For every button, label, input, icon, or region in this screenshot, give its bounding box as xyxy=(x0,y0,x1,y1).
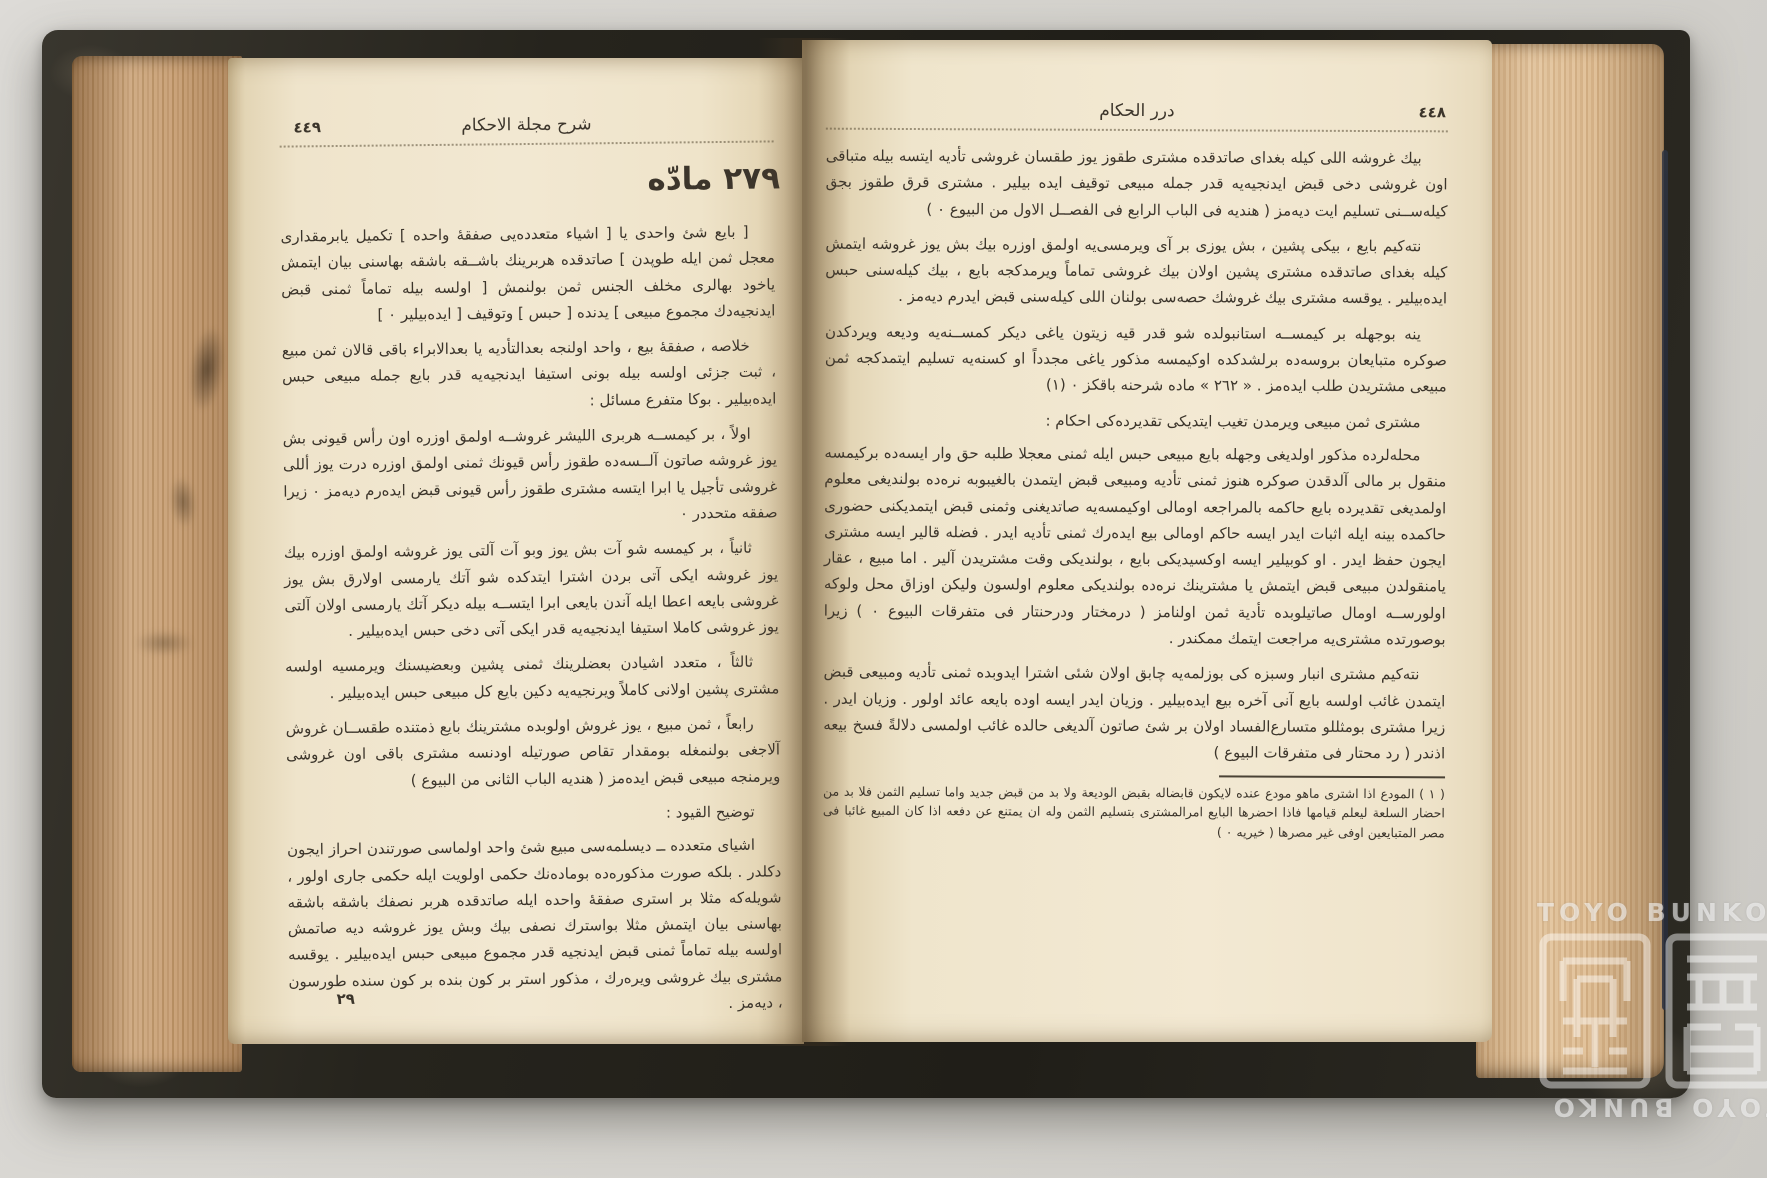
right-page: درر الحكام ٤٤٨ بيك غروشه اللى كيله بغداى… xyxy=(802,40,1492,1042)
signature-number: ٢٩ xyxy=(336,990,355,1008)
text-paragraph: اشياى متعدده ــ ديسلمه‌سى مبيع شئ واحد ا… xyxy=(287,832,783,1021)
watermark-bottom-text: TOYO BUNKO xyxy=(1537,1093,1767,1122)
text-paragraph: اولاً ، بر كيمســه هربرى الليشر غروشــه … xyxy=(283,420,778,530)
book-photo: { "photo": { "background_color": "#d7d5d… xyxy=(0,0,1767,1178)
text-paragraph: ثالثاً ، متعدد اشيادن بعضلرينك ثمنى پشين… xyxy=(285,649,780,707)
open-book: ٤٤٩ شرح مجلة الاحكام ٢٧٩ مادّه[ بايع شئ … xyxy=(42,30,1690,1098)
text-paragraph: محله‌لرده مذكور اولديغى وجهله بايع مبيعى… xyxy=(824,440,1447,653)
left-page-number: ٤٤٩ xyxy=(293,116,321,138)
library-watermark: TOYO BUNKO TOYO BUNKO xyxy=(1537,898,1767,1122)
text-paragraph: ثانياً ، بر كيمسه شو آت بش يوز وبو آت آل… xyxy=(284,535,779,645)
cover-inner-edge xyxy=(1662,150,1668,1010)
left-page-stack-fore-edge xyxy=(72,56,242,1072)
right-text-blocks: بيك غروشه اللى كيله بغداى صاتدقده مشترى … xyxy=(823,143,1448,767)
left-text-blocks: ٢٧٩ مادّه[ بايع شئ واحدى يا [ اشياء متعد… xyxy=(280,156,783,1020)
text-paragraph: مشترى ثمن مبيعى ويرمدن تغيب ايتديكى تقدي… xyxy=(825,406,1447,435)
footnote-text: ( ١ ) المودع اذا اشترى ماهو مودع عنده لا… xyxy=(823,781,1445,843)
right-page-content: درر الحكام ٤٤٨ بيك غروشه اللى كيله بغداى… xyxy=(822,99,1448,1010)
footnote: ( ١ ) المودع اذا اشترى ماهو مودع عنده لا… xyxy=(823,773,1445,843)
text-paragraph: نته‌كيم بايع ، بيكى پشين ، بش يوزى بر آى… xyxy=(825,231,1447,313)
left-page: ٤٤٩ شرح مجلة الاحكام ٢٧٩ مادّه[ بايع شئ … xyxy=(228,58,804,1044)
article-heading: ٢٧٩ مادّه xyxy=(280,156,780,205)
page-edge-stain xyxy=(134,630,194,656)
watermark-top-text: TOYO BUNKO xyxy=(1537,898,1767,927)
text-paragraph: نته‌كيم مشترى انبار وسبزه كى بوزلمه‌يه چ… xyxy=(823,659,1445,767)
library-seal-icon xyxy=(1537,931,1767,1091)
text-paragraph: توضيح القيود : xyxy=(287,798,781,829)
left-page-content: ٤٤٩ شرح مجلة الاحكام ٢٧٩ مادّه[ بايع شئ … xyxy=(279,111,782,1008)
text-paragraph: [ بايع شئ واحدى يا [ اشياء متعدده‌يى صفق… xyxy=(280,218,775,328)
left-running-title: شرح مجلة الاحكام xyxy=(461,114,591,135)
text-paragraph: رابعاً ، ثمن مبيع ، يوز غروش اولوبده مشت… xyxy=(286,710,781,794)
right-running-head: درر الحكام ٤٤٨ xyxy=(826,99,1448,133)
left-running-head: ٤٤٩ شرح مجلة الاحكام xyxy=(279,111,773,147)
text-paragraph: ينه بوجهله بر كيمســه استانبولده شو قدر … xyxy=(825,318,1447,400)
footnote-rule xyxy=(1219,775,1445,778)
text-paragraph: بيك غروشه اللى كيله بغداى صاتدقده مشترى … xyxy=(825,143,1447,225)
right-running-title: درر الحكام xyxy=(1099,101,1174,121)
right-page-number: ٤٤٨ xyxy=(1418,101,1446,123)
text-paragraph: خلاصه ، صفقهٔ بيع ، واحد اولنجه بعدالتأد… xyxy=(282,333,777,417)
